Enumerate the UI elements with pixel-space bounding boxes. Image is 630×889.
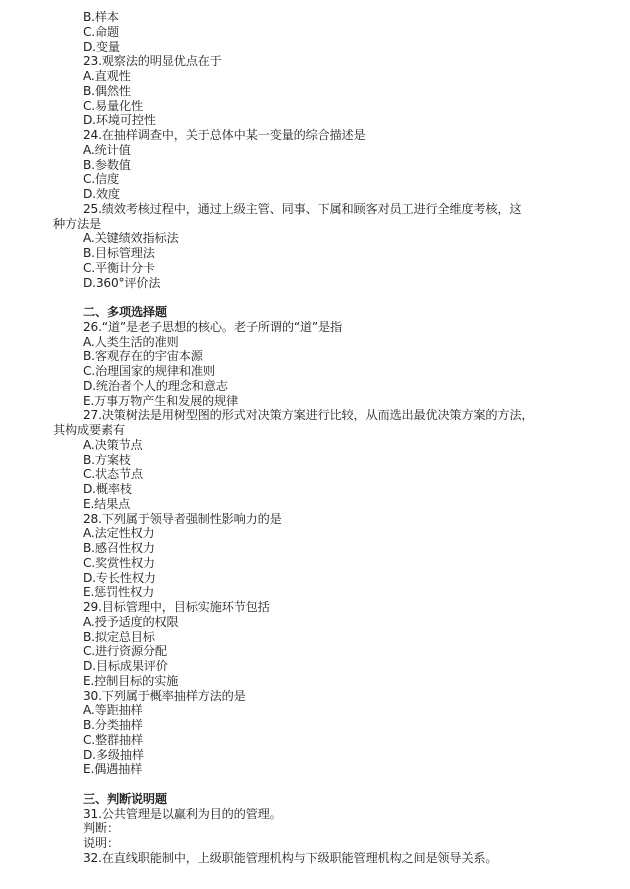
option-q23-b: B.偶然性 bbox=[0, 84, 630, 99]
question-24: 24.在抽样调查中，关于总体中某一变量的综合描述是 bbox=[0, 128, 630, 143]
option-q28-a: A.法定性权力 bbox=[0, 526, 630, 541]
option-q25-b: B.目标管理法 bbox=[0, 246, 630, 261]
option-q23-a: A.直观性 bbox=[0, 69, 630, 84]
option-q28-e: E.惩罚性权力 bbox=[0, 585, 630, 600]
option-q25-a: A.关键绩效指标法 bbox=[0, 231, 630, 246]
question-28: 28.下列属于领导者强制性影响力的是 bbox=[0, 512, 630, 527]
option-q22-b: B.样本 bbox=[0, 10, 630, 25]
option-q30-d: D.多级抽样 bbox=[0, 748, 630, 763]
option-q29-a: A.授予适度的权限 bbox=[0, 615, 630, 630]
option-q26-b: B.客观存在的宇宙本源 bbox=[0, 349, 630, 364]
option-q25-c: C.平衡计分卡 bbox=[0, 261, 630, 276]
option-q26-d: D.统治者个人的理念和意志 bbox=[0, 379, 630, 394]
question-32: 32.在直线职能制中，上级职能管理机构与下级职能管理机构之间是领导关系。 bbox=[0, 851, 630, 866]
option-q24-b: B.参数值 bbox=[0, 158, 630, 173]
question-29: 29.目标管理中，目标实施环节包括 bbox=[0, 600, 630, 615]
option-q27-e: E.结果点 bbox=[0, 497, 630, 512]
section-spacer bbox=[0, 777, 630, 792]
option-q27-b: B.方案枝 bbox=[0, 453, 630, 468]
option-q29-d: D.目标成果评价 bbox=[0, 659, 630, 674]
judgment-label: 判断： bbox=[0, 821, 630, 836]
option-q30-e: E.偶遇抽样 bbox=[0, 762, 630, 777]
option-q29-e: E.控制目标的实施 bbox=[0, 674, 630, 689]
question-25-line2: 种方法是 bbox=[0, 217, 630, 232]
question-26: 26.“道”是老子思想的核心。老子所谓的“道”是指 bbox=[0, 320, 630, 335]
option-q24-a: A.统计值 bbox=[0, 143, 630, 158]
option-q28-b: B.感召性权力 bbox=[0, 541, 630, 556]
question-27-line1: 27.决策树法是用树型图的形式对决策方案进行比较，从而选出最优决策方案的方法， bbox=[0, 408, 630, 423]
option-q26-a: A.人类生活的准则 bbox=[0, 335, 630, 350]
question-25-line1: 25.绩效考核过程中，通过上级主管、同事、下属和顾客对员工进行全维度考核，这 bbox=[0, 202, 630, 217]
section-title-true-false: 三、判断说明题 bbox=[0, 792, 630, 807]
option-q29-b: B.拟定总目标 bbox=[0, 630, 630, 645]
option-q26-e: E.万事万物产生和发展的规律 bbox=[0, 394, 630, 409]
option-q29-c: C.进行资源分配 bbox=[0, 644, 630, 659]
question-27-line2: 其构成要素有 bbox=[0, 423, 630, 438]
option-q24-d: D.效度 bbox=[0, 187, 630, 202]
exam-document: B.样本 C.命题 D.变量 23.观察法的明显优点在于 A.直观性 B.偶然性… bbox=[0, 10, 630, 866]
question-23: 23.观察法的明显优点在于 bbox=[0, 54, 630, 69]
option-q30-c: C.整群抽样 bbox=[0, 733, 630, 748]
option-q25-d: D.360°评价法 bbox=[0, 276, 630, 291]
section-spacer bbox=[0, 290, 630, 305]
option-q28-d: D.专长性权力 bbox=[0, 571, 630, 586]
option-q27-d: D.概率枝 bbox=[0, 482, 630, 497]
option-q26-c: C.治理国家的规律和准则 bbox=[0, 364, 630, 379]
option-q23-c: C.易量化性 bbox=[0, 99, 630, 114]
option-q22-c: C.命题 bbox=[0, 25, 630, 40]
option-q30-b: B.分类抽样 bbox=[0, 718, 630, 733]
option-q24-c: C.信度 bbox=[0, 172, 630, 187]
option-q27-a: A.决策节点 bbox=[0, 438, 630, 453]
option-q27-c: C.状态节点 bbox=[0, 467, 630, 482]
question-31: 31.公共管理是以赢利为目的的管理。 bbox=[0, 807, 630, 822]
option-q28-c: C.奖赏性权力 bbox=[0, 556, 630, 571]
explanation-label: 说明： bbox=[0, 836, 630, 851]
option-q22-d: D.变量 bbox=[0, 40, 630, 55]
option-q23-d: D.环境可控性 bbox=[0, 113, 630, 128]
question-30: 30.下列属于概率抽样方法的是 bbox=[0, 689, 630, 704]
option-q30-a: A.等距抽样 bbox=[0, 703, 630, 718]
section-title-multiple-choice: 二、多项选择题 bbox=[0, 305, 630, 320]
